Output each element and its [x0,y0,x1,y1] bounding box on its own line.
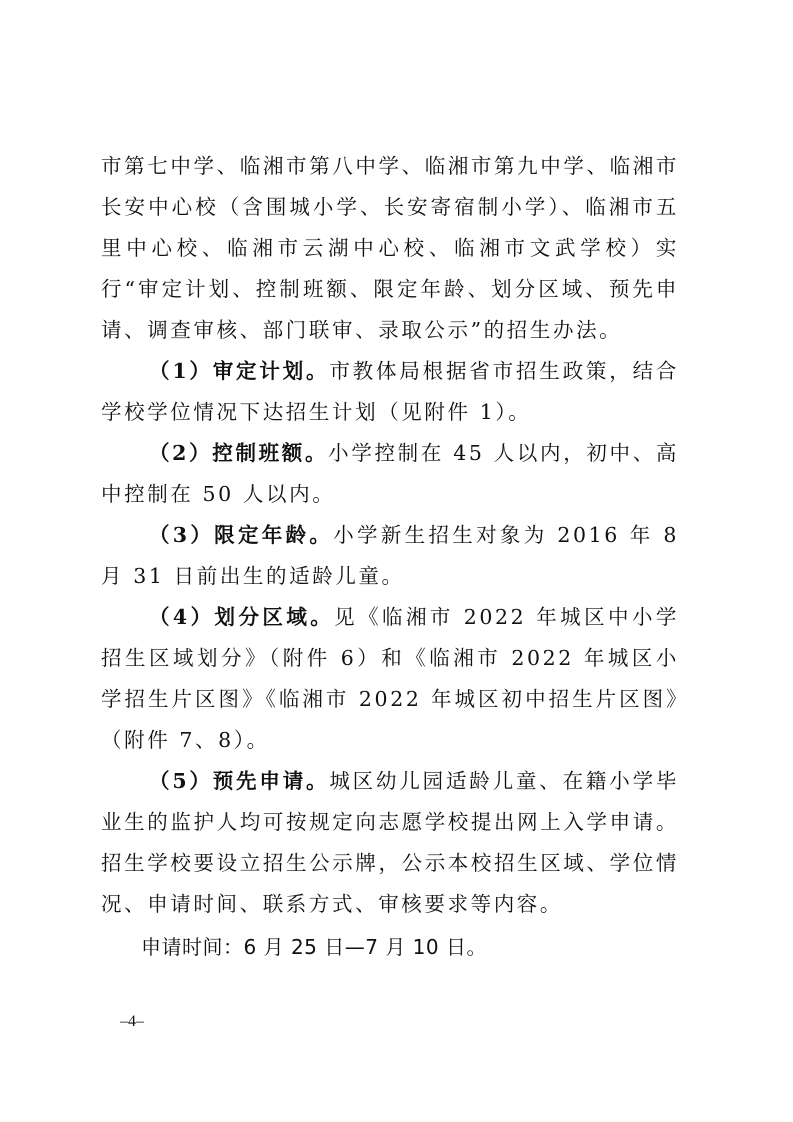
paragraph-item-1: （1）审定计划。市教体局根据省市招生政策，结合学校学位情况下达招生计划（见附件 … [101,351,679,433]
paragraph-intro: 市第七中学、临湘市第八中学、临湘市第九中学、临湘市长安中心校（含围城小学、长安寄… [101,146,679,351]
item-heading: （3）限定年龄。 [149,523,333,547]
document-page: 市第七中学、临湘市第八中学、临湘市第九中学、临湘市长安中心校（含围城小学、长安寄… [101,146,679,968]
paragraph-item-5: （5）预先申请。城区幼儿园适龄儿童、在籍小学毕业生的监护人均可按规定向志愿学校提… [101,761,679,925]
paragraph-item-4: （4）划分区域。见《临湘市 2022 年城区中小学招生区域划分》（附件 6）和《… [101,597,679,761]
page-number: –4– [120,1013,144,1031]
application-time: 申请时间：6 月 25 日—7 月 10 日。 [101,927,679,968]
paragraph-item-2: （2）控制班额。小学控制在 45 人以内，初中、高中控制在 50 人以内。 [101,433,679,515]
item-heading: （2）控制班额。 [149,441,328,465]
paragraph-item-3: （3）限定年龄。小学新生招生对象为 2016 年 8 月 31 日前出生的适龄儿… [101,515,679,597]
item-heading: （1）审定计划。 [149,359,329,383]
item-heading: （5）预先申请。 [149,769,329,793]
paragraph-text: 市第七中学、临湘市第八中学、临湘市第九中学、临湘市长安中心校（含围城小学、长安寄… [101,154,679,342]
item-heading: （4）划分区域。 [149,605,334,629]
